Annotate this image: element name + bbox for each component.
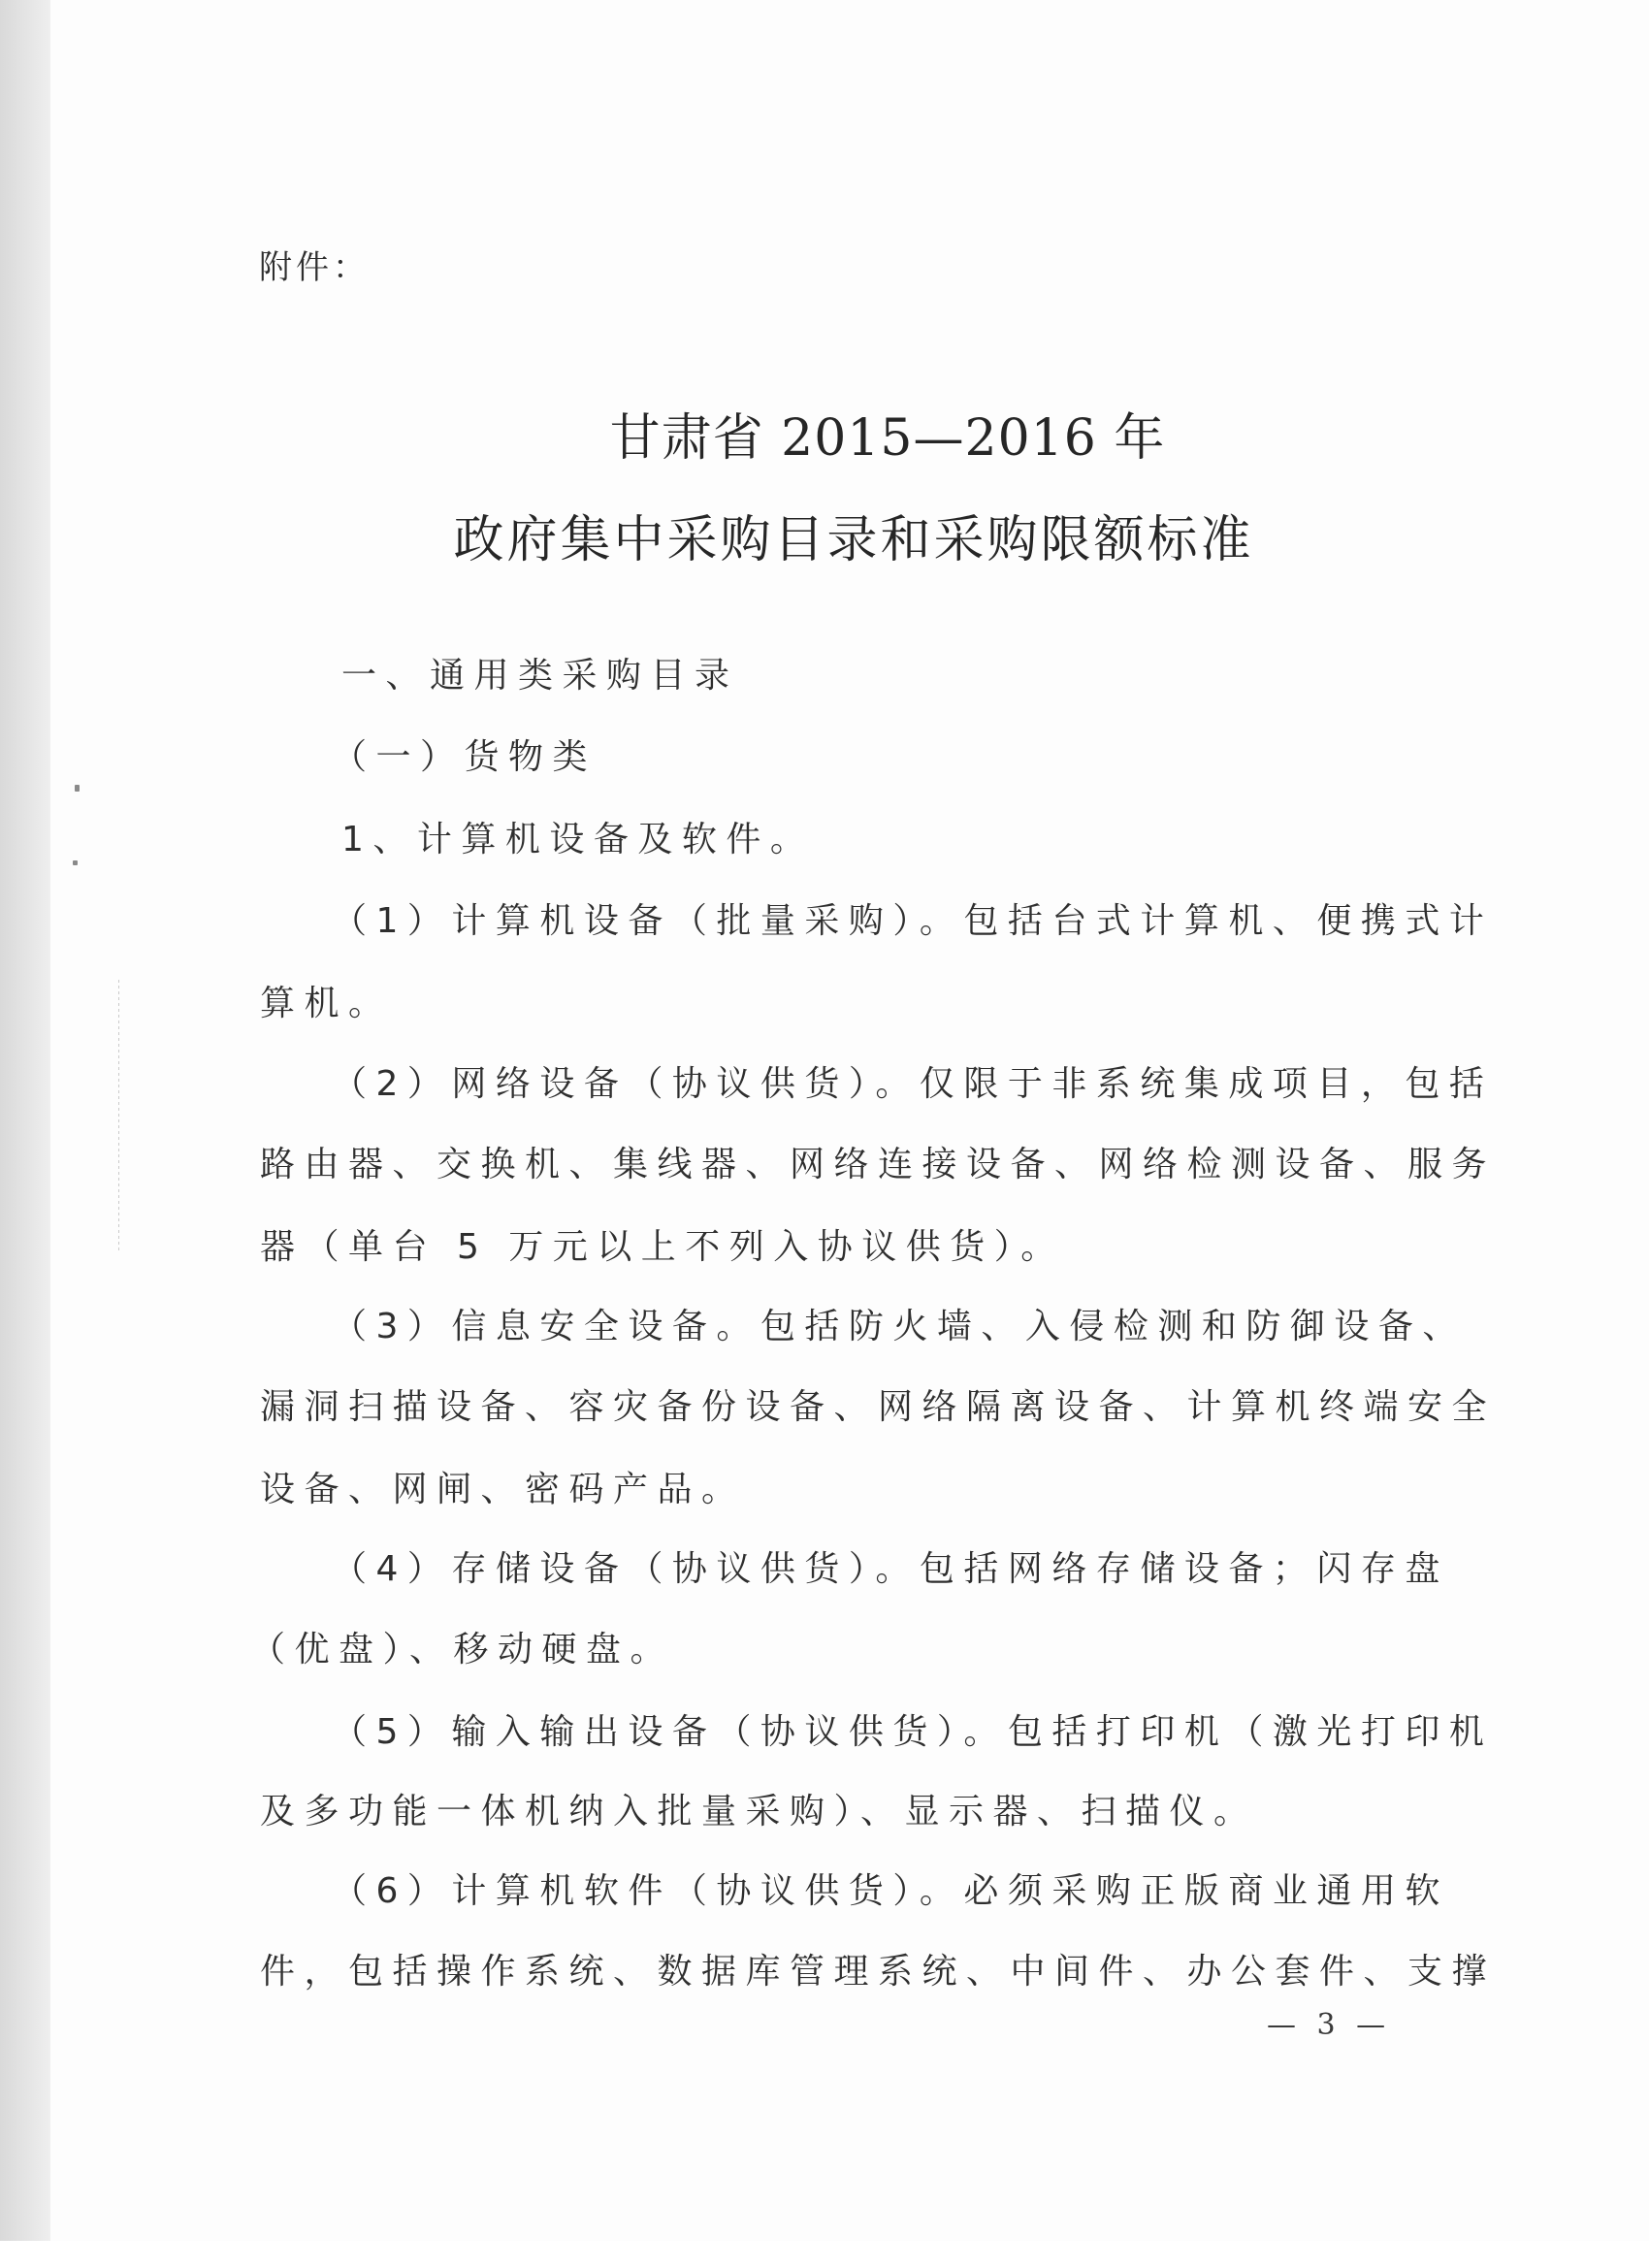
paragraph-line: （1）计算机设备（批量采购）。包括台式计算机、便携式计 (332, 902, 1493, 941)
document-title-line-2: 政府集中采购目录和采购限额标准 (0, 511, 1649, 569)
paragraph-line: 设备、网闸、密码产品。 (260, 1471, 746, 1509)
paragraph-line: 路由器、交换机、集线器、网络连接设备、网络检测设备、服务 (260, 1146, 1496, 1184)
scan-speck (75, 785, 80, 792)
scan-crease-mark (118, 980, 119, 1251)
paragraph-line: （5）输入输出设备（协议供货）。包括打印机（激光打印机 (332, 1713, 1493, 1752)
paragraph-line: 算机。 (260, 985, 393, 1023)
paragraph-line: （4）存储设备（协议供货）。包括网络存储设备；闪存盘 (332, 1550, 1449, 1589)
page-number: — 3 — (1267, 2008, 1391, 2043)
paragraph-line: 件，包括操作系统、数据库管理系统、中间件、办公套件、支撑 (260, 1953, 1496, 1992)
paragraph-line: 器（单台 5 万元以上不列入协议供货）。 (260, 1228, 1065, 1267)
document-title-line-1: 甘肃省 2015—2016 年 (0, 409, 1649, 468)
attachment-label: 附件： (259, 248, 370, 287)
subsection-heading: （一）货物类 (332, 738, 597, 777)
scan-binding-edge (0, 0, 50, 2247)
category-heading: 1、计算机设备及软件。 (341, 821, 814, 859)
scan-bottom-margin (0, 2241, 1649, 2268)
paragraph-line: （2）网络设备（协议供货）。仅限于非系统集成项目，包括 (332, 1065, 1493, 1104)
section-heading: 一、通用类采购目录 (341, 657, 739, 696)
paragraph-line: 及多功能一体机纳入批量采购）、显示器、扫描仪。 (260, 1793, 1258, 1831)
paragraph-line: （6）计算机软件（协议供货）。必须采购正版商业通用软 (332, 1872, 1449, 1911)
scan-speck (73, 860, 78, 865)
paragraph-line: （优盘）、移动硬盘。 (250, 1631, 674, 1669)
paragraph-line: 漏洞扫描设备、容灾备份设备、网络隔离设备、计算机终端安全 (260, 1388, 1496, 1427)
paragraph-line: （3）信息安全设备。包括防火墙、入侵检测和防御设备、 (332, 1308, 1467, 1346)
